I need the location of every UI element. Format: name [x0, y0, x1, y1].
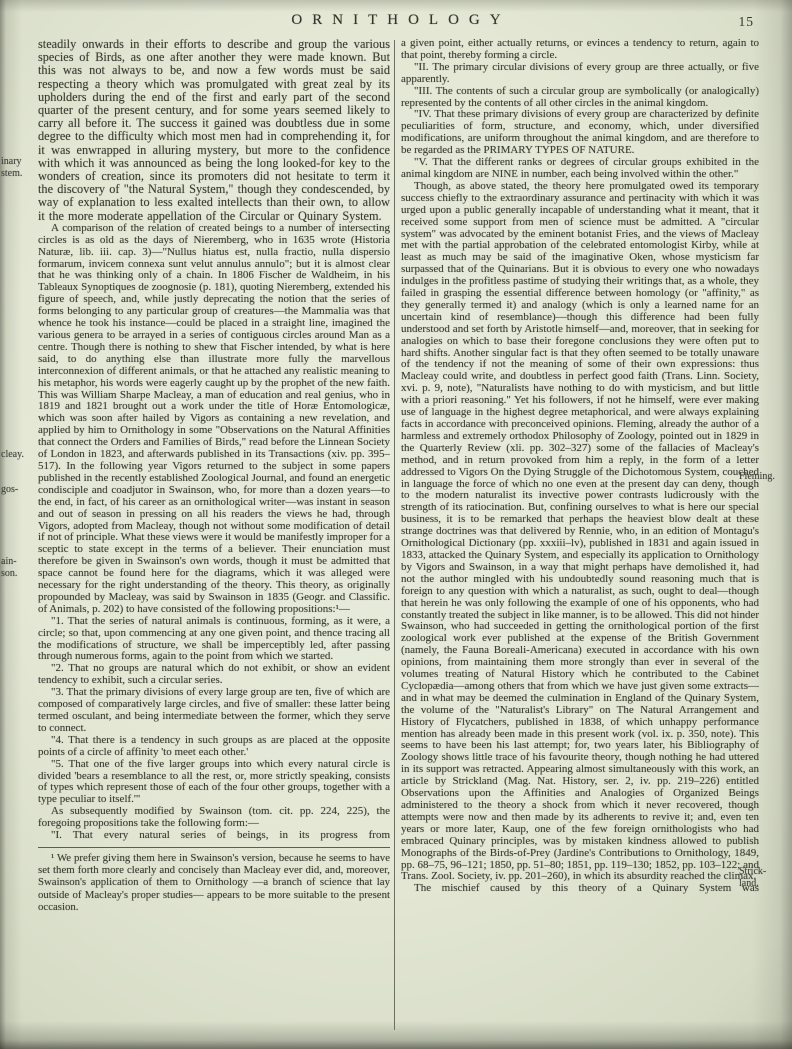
margin-note-fleming: Fleming. [739, 471, 791, 483]
margin-note-line: inary [1, 156, 35, 168]
margin-note-quinary-system: inary stem. [1, 156, 35, 180]
proposition-2: "2. That no groups are natural which do … [38, 663, 390, 687]
margin-note-line: gos- [1, 484, 35, 496]
proposition-roman-4: "IV. That these primary divisions of eve… [401, 109, 759, 157]
book-page: ORNITHOLOGY 15 steadily onwards in their… [0, 0, 792, 1049]
page-title: ORNITHOLOGY [0, 12, 792, 29]
margin-note-line: Fleming. [739, 471, 791, 483]
footnote-rule [38, 847, 390, 848]
proposition-5: "5. That one of the five larger groups i… [38, 759, 390, 807]
page-number: 15 [739, 14, 755, 30]
proposition-roman-1: "I. That every natural series of beings,… [38, 830, 390, 842]
margin-note-macleay: cleay. [1, 449, 35, 461]
paragraph-continuation: a given point, either actually returns, … [401, 38, 759, 62]
left-column: steadily onwards in their efforts to des… [38, 38, 390, 1038]
margin-note-line: son. [1, 568, 35, 580]
paragraph-swainson-modified: As subsequently modified by Swainson (to… [38, 806, 390, 830]
margin-note-line: cleay. [1, 449, 35, 461]
proposition-roman-2: "II. The primary circular divisions of e… [401, 62, 759, 86]
margin-note-vigors: gos- [1, 484, 35, 496]
column-rule [394, 40, 395, 1030]
paragraph-theory-criticism: Though, as above stated, the theory here… [401, 181, 759, 883]
margin-note-swainson: ain- son. [1, 556, 35, 580]
proposition-roman-3: "III. The contents of such a circular gr… [401, 86, 759, 110]
proposition-3: "3. That the primary divisions of every … [38, 687, 390, 735]
margin-note-line: stem. [1, 168, 35, 180]
text-columns: steadily onwards in their efforts to des… [38, 38, 759, 1038]
running-head: ORNITHOLOGY 15 [0, 12, 792, 34]
paragraph-mischief: The mischief caused by this theory of a … [401, 883, 759, 895]
footnote: ¹ We prefer giving them here in Swainson… [38, 852, 390, 913]
proposition-roman-5: "V. That the different ranks or degrees … [401, 157, 759, 181]
proposition-1: "1. That the series of natural animals i… [38, 616, 390, 664]
margin-note-line: land. [739, 878, 791, 890]
paragraph-comparison-history: A comparison of the relation of created … [38, 223, 390, 616]
right-column: a given point, either actually returns, … [401, 38, 759, 1038]
lead-paragraph: steadily onwards in their efforts to des… [38, 38, 390, 223]
proposition-4: "4. That there is a tendency in such gro… [38, 735, 390, 759]
margin-note-strickland: Strick- land. [739, 866, 791, 890]
margin-note-line: Strick- [739, 866, 791, 878]
margin-note-line: ain- [1, 556, 35, 568]
